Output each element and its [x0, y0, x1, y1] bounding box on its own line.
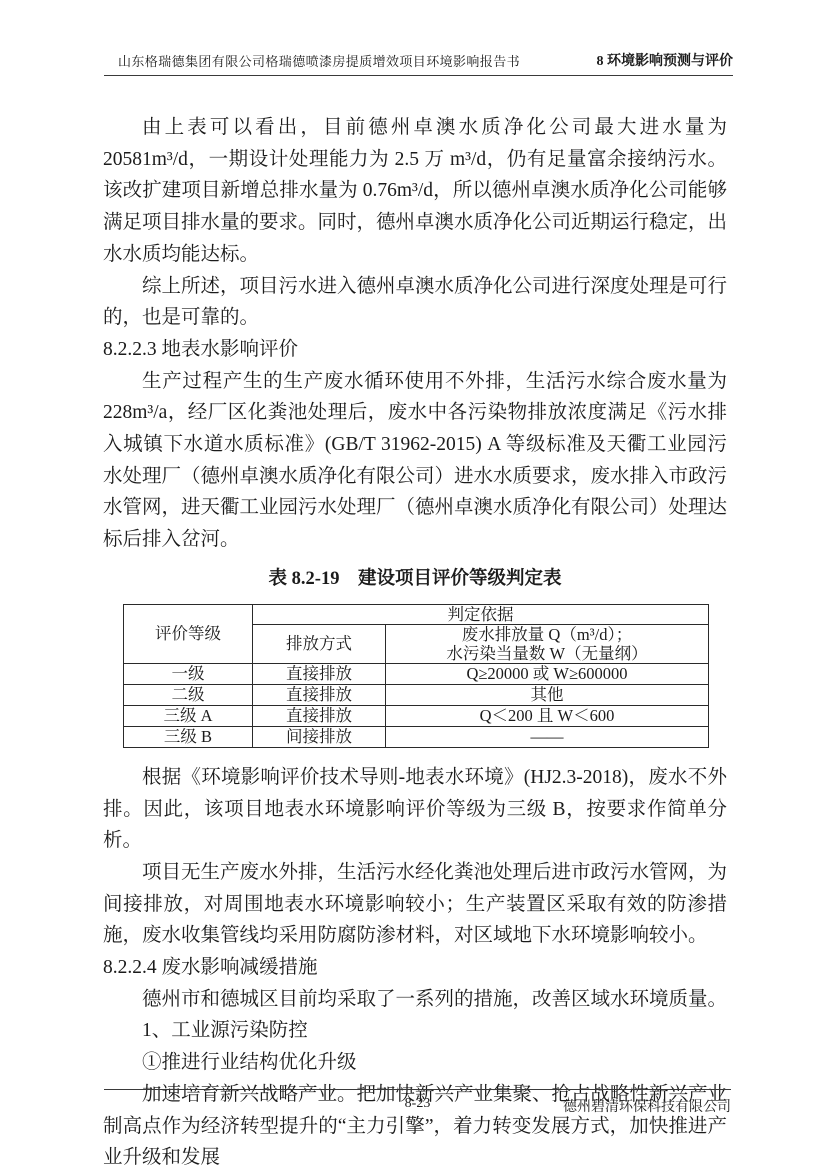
cell-grade: 三级 A — [124, 705, 253, 726]
paragraph-measures: 德州市和德城区目前均采取了一系列的措施，改善区域水环境质量。 — [103, 984, 727, 1016]
table-row-grade2: 二级 直接排放 其他 — [124, 684, 709, 705]
criteria-line-1: 废水排放量 Q（m³/d）； — [388, 625, 706, 644]
table-header-mode: 排放方式 — [253, 624, 386, 663]
table-header-row-basis: 评价等级 判定依据 — [124, 604, 709, 624]
list-item-structure-upgrade: ①推进行业结构优化升级 — [103, 1047, 727, 1079]
cell-grade: 一级 — [124, 663, 253, 684]
table-header-criteria: 废水排放量 Q（m³/d）； 水污染当量数 W（无量纲） — [386, 624, 709, 663]
document-page: 山东格瑞德集团有限公司格瑞德喷漆房提质增效项目环境影响报告书 8 环境影响预测与… — [0, 0, 827, 1169]
cell-criteria: 其他 — [386, 684, 709, 705]
table-header-grade: 评价等级 — [124, 604, 253, 663]
table-row-grade3a: 三级 A 直接排放 Q＜200 且 W＜600 — [124, 705, 709, 726]
page-header: 山东格瑞德集团有限公司格瑞德喷漆房提质增效项目环境影响报告书 8 环境影响预测与… — [104, 50, 733, 76]
table-row-grade1: 一级 直接排放 Q≥20000 或 W≥600000 — [124, 663, 709, 684]
paragraph-intro: 由上表可以看出，目前德州卓澳水质净化公司最大进水量为 20581m³/d，一期设… — [103, 112, 727, 271]
table-header-basis: 判定依据 — [253, 604, 709, 624]
footer-inner: 8-23 德州碧清环保科技有限公司 — [104, 1096, 731, 1112]
cell-grade: 三级 B — [124, 726, 253, 747]
cell-criteria: —— — [386, 726, 709, 747]
paragraph-no-discharge: 项目无生产废水外排，生活污水经化粪池处理后进市政污水管网，为间接排放，对周围地表… — [103, 857, 727, 952]
footer-company: 德州碧清环保科技有限公司 — [563, 1096, 731, 1116]
cell-mode: 直接排放 — [253, 663, 386, 684]
cell-mode: 直接排放 — [253, 705, 386, 726]
page-number: 8-23 — [405, 1096, 431, 1111]
criteria-line-2: 水污染当量数 W（无量纲） — [388, 644, 706, 663]
evaluation-grade-table: 评价等级 判定依据 排放方式 废水排放量 Q（m³/d）； 水污染当量数 W（无… — [123, 604, 709, 748]
section-heading-8-2-2-4: 8.2.2.4 废水影响减缓措施 — [103, 952, 727, 984]
cell-mode: 直接排放 — [253, 684, 386, 705]
header-chapter-title: 8 环境影响预测与评价 — [597, 50, 734, 70]
paragraph-post-table: 根据《环境影响评价技术导则-地表水环境》(HJ2.3-2018)，废水不外排。因… — [103, 762, 727, 857]
table-caption: 表 8.2-19 建设项目评价等级判定表 — [103, 566, 727, 592]
cell-mode: 间接排放 — [253, 726, 386, 747]
cell-grade: 二级 — [124, 684, 253, 705]
section-heading-8-2-2-3: 8.2.2.3 地表水影响评价 — [103, 334, 727, 366]
document-body: 由上表可以看出，目前德州卓澳水质净化公司最大进水量为 20581m³/d，一期设… — [103, 112, 727, 1169]
list-item-industrial-source: 1、工业源污染防控 — [103, 1015, 727, 1047]
cell-criteria: Q＜200 且 W＜600 — [386, 705, 709, 726]
paragraph-surface-water: 生产过程产生的生产废水循环使用不外排，生活污水综合废水量为 228m³/a，经厂… — [103, 366, 727, 556]
page-footer: 8-23 德州碧清环保科技有限公司 — [104, 1089, 731, 1112]
paragraph-conclusion: 综上所述，项目污水进入德州卓澳水质净化公司进行深度处理是可行的，也是可靠的。 — [103, 271, 727, 334]
header-doc-title: 山东格瑞德集团有限公司格瑞德喷漆房提质增效项目环境影响报告书 — [104, 51, 520, 70]
cell-criteria: Q≥20000 或 W≥600000 — [386, 663, 709, 684]
table-row-grade3b: 三级 B 间接排放 —— — [124, 726, 709, 747]
